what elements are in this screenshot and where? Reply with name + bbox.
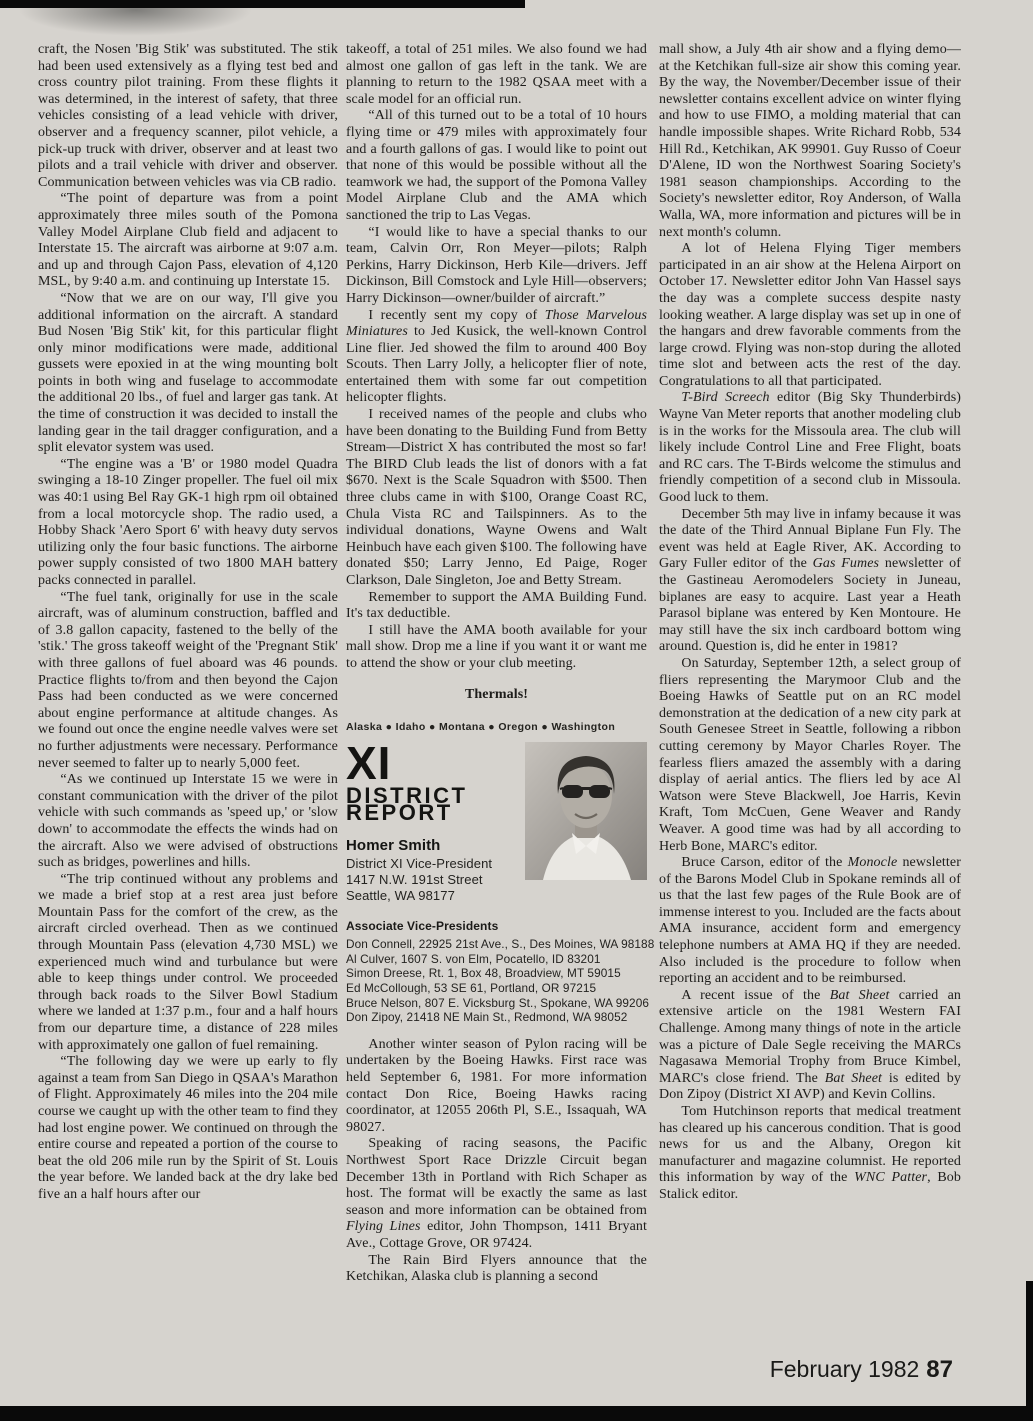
associate-vp-heading: Associate Vice-Presidents	[346, 918, 647, 935]
column-middle: takeoff, a total of 251 miles. We also f…	[346, 42, 647, 1286]
page-footer: February 198287	[770, 1356, 953, 1384]
officer-address-line1: 1417 N.W. 191st Street	[346, 872, 515, 888]
column-left: craft, the Nosen 'Big Stik' was substitu…	[38, 42, 338, 1204]
officer-title: District XI Vice-President	[346, 856, 515, 872]
paragraph: Remember to support the AMA Building Fun…	[346, 590, 647, 623]
officer-name: Homer Smith	[346, 838, 515, 854]
paragraph: I recently sent my copy of Those Marvelo…	[346, 308, 647, 408]
district-report-row: XI DISTRICT REPORT Homer Smith District …	[346, 742, 647, 904]
associate-line: Don Zipoy, 21418 NE Main St., Redmond, W…	[346, 1010, 647, 1025]
paragraph: mall show, a July 4th air show and a fly…	[659, 42, 961, 241]
paragraph: “As we continued up Interstate 15 we wer…	[38, 772, 338, 872]
paragraph: T-Bird Screech editor (Big Sky Thunderbi…	[659, 390, 961, 506]
associate-line: Al Culver, 1607 S. von Elm, Pocatello, I…	[346, 952, 647, 967]
column-middle-top: takeoff, a total of 251 miles. We also f…	[346, 42, 647, 703]
paragraph: Another winter season of Pylon racing wi…	[346, 1037, 647, 1137]
column-middle-bottom: Another winter season of Pylon racing wi…	[346, 1037, 647, 1286]
paragraph: “Now that we are on our way, I'll give y…	[38, 291, 338, 457]
issue-date: February 1982	[770, 1356, 920, 1382]
paragraph: “The following day we were up early to f…	[38, 1054, 338, 1203]
officer-contact: Homer Smith District XI Vice-President 1…	[346, 838, 515, 904]
paragraph: A lot of Helena Flying Tiger members par…	[659, 241, 961, 390]
officer-photo	[525, 742, 647, 880]
paragraph: Tom Hutchinson reports that medical trea…	[659, 1104, 961, 1204]
district-report-title: DISTRICT REPORT	[346, 788, 515, 821]
scan-artifact-right	[1026, 1281, 1033, 1421]
paragraph: “The engine was a 'B' or 1980 model Quad…	[38, 457, 338, 590]
paragraph: “The trip continued without any problems…	[38, 872, 338, 1055]
district-report-titles: XI DISTRICT REPORT Homer Smith District …	[346, 742, 515, 904]
scan-artifact-top	[0, 0, 525, 8]
paragraph: December 5th may live in infamy because …	[659, 507, 961, 656]
paragraph: craft, the Nosen 'Big Stik' was substitu…	[38, 42, 338, 191]
page-number: 87	[926, 1356, 953, 1383]
paragraph: A recent issue of the Bat Sheet carried …	[659, 988, 961, 1104]
associate-line: Ed McCollough, 53 SE 61, Portland, OR 97…	[346, 981, 647, 996]
paragraph: The Rain Bird Flyers announce that the K…	[346, 1253, 647, 1286]
portrait-image	[525, 742, 647, 880]
paragraph: I received names of the people and clubs…	[346, 407, 647, 590]
district-number: XI	[346, 742, 515, 786]
associate-line: Simon Dreese, Rt. 1, Box 48, Broadview, …	[346, 966, 647, 981]
district-report-header: Alaska ● Idaho ● Montana ● Oregon ● Wash…	[346, 719, 647, 1025]
paragraph: On Saturday, September 12th, a select gr…	[659, 656, 961, 855]
district-states-line: Alaska ● Idaho ● Montana ● Oregon ● Wash…	[346, 719, 647, 736]
magazine-page: craft, the Nosen 'Big Stik' was substitu…	[0, 0, 1033, 1421]
paragraph: Thermals!	[346, 687, 647, 704]
paragraph: “All of this turned out to be a total of…	[346, 108, 647, 224]
scan-artifact-bottom	[0, 1406, 1033, 1421]
column-right: mall show, a July 4th air show and a fly…	[659, 42, 961, 1204]
paragraph: Speaking of racing seasons, the Pacific …	[346, 1136, 647, 1252]
officer-address-line2: Seattle, WA 98177	[346, 888, 515, 904]
associate-line: Bruce Nelson, 807 E. Vicksburg St., Spok…	[346, 996, 647, 1011]
associate-vp-list: Don Connell, 22925 21st Ave., S., Des Mo…	[346, 937, 647, 1025]
paragraph: Bruce Carson, editor of the Monocle news…	[659, 855, 961, 988]
paragraph: “The fuel tank, originally for use in th…	[38, 590, 338, 773]
paragraph: “I would like to have a special thanks t…	[346, 225, 647, 308]
paragraph: takeoff, a total of 251 miles. We also f…	[346, 42, 647, 108]
paragraph: “The point of departure was from a point…	[38, 191, 338, 291]
associate-line: Don Connell, 22925 21st Ave., S., Des Mo…	[346, 937, 647, 952]
paragraph: I still have the AMA booth available for…	[346, 623, 647, 673]
